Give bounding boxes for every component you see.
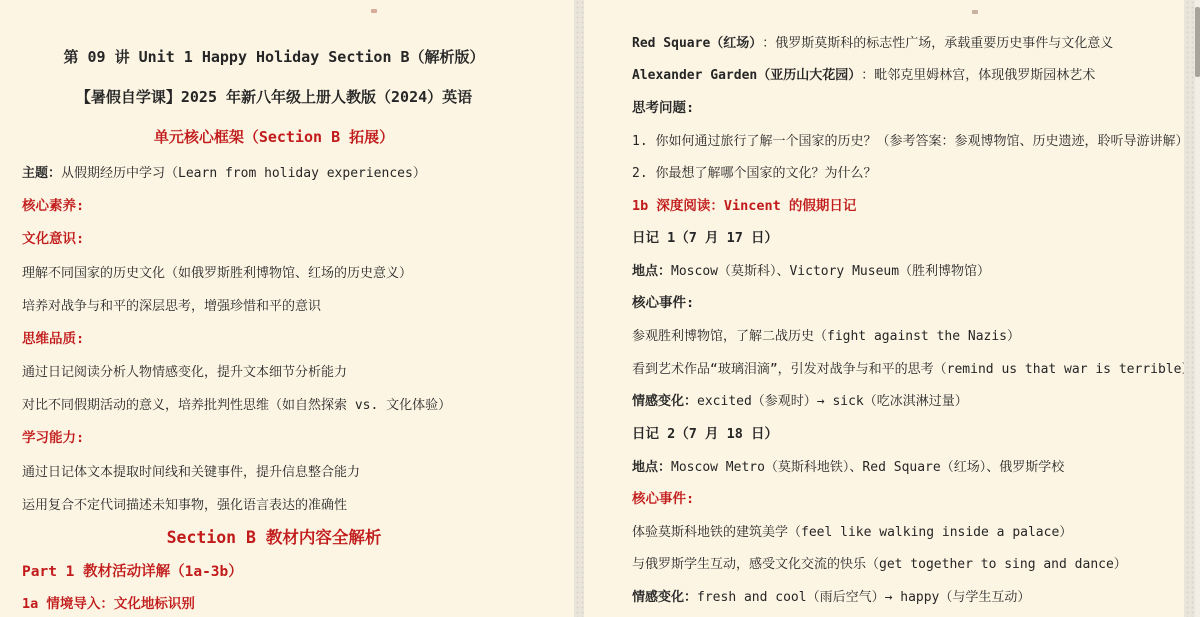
scrollbar-thumb[interactable] — [1195, 7, 1200, 77]
text-line: 理解不同国家的历史文化（如俄罗斯胜利博物馆、红场的历史意义） — [22, 257, 526, 290]
line-text: 日记 2（7 月 18 日） — [632, 428, 778, 442]
line-text: 思维品质: — [22, 333, 84, 347]
line-text: 日记 1（7 月 17 日） — [632, 232, 778, 246]
text-line: 培养对战争与和平的深层思考，增强珍惜和平的意识 — [22, 290, 526, 323]
line-lead-label: 情感变化： — [632, 395, 697, 408]
line-text: 从假期经历中学习（Learn from holiday experiences） — [61, 167, 426, 180]
line-text: 【暑假自学课】2025 年新八年级上册人教版（2024）英语 — [76, 90, 472, 105]
line-text: 2. 你最想了解哪个国家的文化？为什么？ — [632, 167, 876, 180]
heading-line: Section B 教材内容全解析 — [22, 522, 526, 555]
text-line: 2. 你最想了解哪个国家的文化？为什么？ — [632, 157, 1136, 190]
line-text: 参观胜利博物馆，了解二战历史（fight against the Nazis） — [632, 330, 1020, 343]
line-text: 通过日记阅读分析人物情感变化，提升文本细节分析能力 — [22, 366, 347, 379]
line-text: Part 1 教材活动详解（1a-3b） — [22, 565, 243, 580]
text-line: 情感变化：fresh and cool（雨后空气）→ happy（与学生互动） — [632, 581, 1136, 614]
line-lead-label: Red Square（红场） — [632, 37, 762, 50]
line-text: fresh and cool（雨后空气）→ happy（与学生互动） — [697, 591, 1030, 604]
line-text: excited（参观时）→ sick（吃冰淇淋过量） — [697, 395, 968, 408]
line-lead-label: 情感变化： — [632, 591, 697, 604]
heading-line: 文化意识: — [22, 223, 526, 256]
line-text: 培养对战争与和平的深层思考，增强珍惜和平的意识 — [22, 300, 321, 313]
heading-line: 1a 情境导入：文化地标识别 — [22, 588, 526, 617]
line-text: 核心素养: — [22, 200, 84, 214]
line-text: ：毗邻克里姆林宫，体现俄罗斯园林艺术 — [861, 69, 1095, 82]
line-text: 与俄罗斯学生互动，感受文化交流的快乐（get together to sing … — [632, 558, 1127, 571]
text-line: 1. 你如何通过旅行了解一个国家的历史？（参考答案：参观博物馆、历史遗迹，聆听导… — [632, 125, 1136, 158]
page-header-artifact-right — [972, 10, 978, 14]
line-text: 学习能力: — [22, 432, 84, 446]
text-line: 通过日记阅读分析人物情感变化，提升文本细节分析能力 — [22, 356, 526, 389]
heading-line: 思考问题: — [632, 92, 1136, 125]
text-line: 情感变化：excited（参观时）→ sick（吃冰淇淋过量） — [632, 386, 1136, 419]
text-line: 通过日记体文本提取时间线和关键事件，提升信息整合能力 — [22, 456, 526, 489]
heading-line: Part 1 教材活动详解（1a-3b） — [22, 555, 526, 588]
line-text: 理解不同国家的历史文化（如俄罗斯胜利博物馆、红场的历史意义） — [22, 267, 412, 280]
text-line: 对比不同假期活动的意义，培养批判性思维（如自然探索 vs. 文化体验） — [22, 389, 526, 422]
line-text: 文化意识: — [22, 233, 84, 247]
line-text: Moscow（莫斯科）、Victory Museum（胜利博物馆） — [671, 265, 990, 278]
heading-line: 【暑假自学课】2025 年新八年级上册人教版（2024）英语 — [22, 77, 526, 117]
line-text: Section B 教材内容全解析 — [167, 530, 382, 547]
text-line: 与俄罗斯学生互动，感受文化交流的快乐（get together to sing … — [632, 549, 1136, 582]
line-text: ：俄罗斯莫斯科的标志性广场，承载重要历史事件与文化意义 — [762, 37, 1113, 50]
text-line: 参观胜利博物馆，了解二战历史（fight against the Nazis） — [632, 320, 1136, 353]
heading-line: 学习能力: — [22, 423, 526, 456]
line-text: 核心事件: — [632, 297, 694, 311]
line-text: 1b 深度阅读：Vincent 的假期日记 — [632, 200, 856, 214]
heading-line: 日记 1（7 月 17 日） — [632, 223, 1136, 256]
line-text: 体验莫斯科地铁的建筑美学（feel like walking inside a … — [632, 526, 1072, 539]
heading-line: 单元核心框架（Section B 拓展） — [22, 117, 526, 157]
line-lead-label: 主题： — [22, 167, 61, 180]
document-page-right[interactable]: Red Square（红场）：俄罗斯莫斯科的标志性广场，承载重要历史事件与文化意… — [584, 0, 1184, 617]
line-text: 1. 你如何通过旅行了解一个国家的历史？（参考答案：参观博物馆、历史遗迹，聆听导… — [632, 135, 1184, 148]
line-text: 通过日记体文本提取时间线和关键事件，提升信息整合能力 — [22, 466, 360, 479]
text-line: 地点：Moscow Metro（莫斯科地铁）、Red Square（红场）、俄罗… — [632, 451, 1136, 484]
page-header-artifact-left — [371, 9, 377, 13]
text-line: 运用复合不定代词描述未知事物，强化语言表达的准确性 — [22, 489, 526, 522]
heading-line: 日记 2（7 月 18 日） — [632, 418, 1136, 451]
heading-line: 核心事件: — [632, 483, 1136, 516]
line-text: 单元核心框架（Section B 拓展） — [154, 130, 394, 145]
line-text: 核心事件: — [632, 493, 694, 507]
line-text: 第 09 讲 Unit 1 Happy Holiday Section B（解析… — [63, 50, 484, 65]
text-line: 看到艺术作品“玻璃泪滴”，引发对战争与和平的思考（remind us that … — [632, 353, 1136, 386]
line-text: Moscow Metro（莫斯科地铁）、Red Square（红场）、俄罗斯学校 — [671, 461, 1064, 474]
heading-line: 核心事件: — [632, 288, 1136, 321]
heading-line: 第 09 讲 Unit 1 Happy Holiday Section B（解析… — [22, 37, 526, 77]
line-text: 1a 情境导入：文化地标识别 — [22, 598, 195, 612]
line-text: 对比不同假期活动的意义，培养批判性思维（如自然探索 vs. 文化体验） — [22, 399, 451, 412]
line-text: 运用复合不定代词描述未知事物，强化语言表达的准确性 — [22, 499, 347, 512]
line-text: 思考问题: — [632, 102, 694, 116]
text-line: 体验莫斯科地铁的建筑美学（feel like walking inside a … — [632, 516, 1136, 549]
line-lead-label: 地点： — [632, 461, 671, 474]
text-line: 地点：Moscow（莫斯科）、Victory Museum（胜利博物馆） — [632, 255, 1136, 288]
line-lead-label: 地点： — [632, 265, 671, 278]
line-lead-label: Alexander Garden（亚历山大花园） — [632, 69, 861, 82]
document-page-left[interactable]: 第 09 讲 Unit 1 Happy Holiday Section B（解析… — [0, 0, 574, 617]
heading-line: 思维品质: — [22, 323, 526, 356]
heading-line: 核心素养: — [22, 190, 526, 223]
text-line: 主题：从假期经历中学习（Learn from holiday experienc… — [22, 157, 526, 190]
heading-line: 1b 深度阅读：Vincent 的假期日记 — [632, 190, 1136, 223]
text-line: Alexander Garden（亚历山大花园）：毗邻克里姆林宫，体现俄罗斯园林… — [632, 60, 1136, 93]
text-line: Red Square（红场）：俄罗斯莫斯科的标志性广场，承载重要历史事件与文化意… — [632, 27, 1136, 60]
vertical-scrollbar[interactable] — [1195, 0, 1200, 617]
line-text: 看到艺术作品“玻璃泪滴”，引发对战争与和平的思考（remind us that … — [632, 363, 1184, 376]
